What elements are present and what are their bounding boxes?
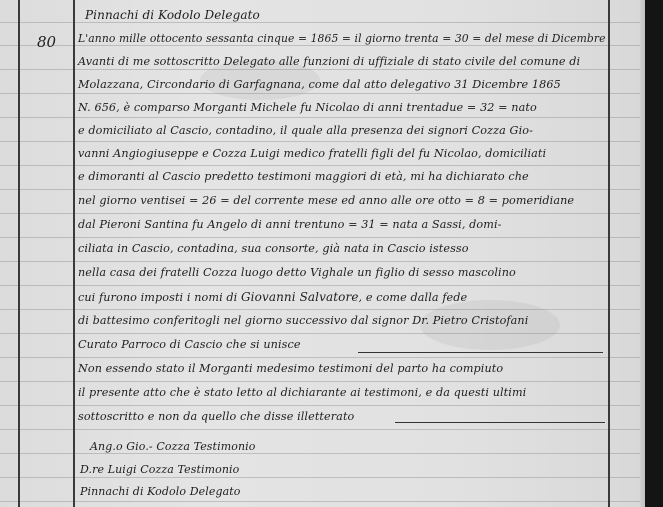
record-line: Curato Parroco di Cascio che si unisce — [78, 338, 301, 351]
header-signature: Pinnachi di Kodolo Delegato — [85, 8, 260, 22]
record-line: sottoscritto e non da quello che disse i… — [78, 410, 354, 423]
record-line: nel giorno ventisei = 26 = del corrente … — [78, 194, 574, 207]
ruled-line — [0, 477, 640, 478]
ruled-line — [0, 285, 640, 286]
ruled-line — [0, 357, 640, 358]
margin-rule-outer — [18, 0, 20, 507]
ruled-line — [0, 45, 640, 46]
ruled-line — [0, 117, 640, 118]
record-line: vanni Angiogiuseppe e Cozza Luigi medico… — [78, 147, 546, 160]
signature-witness-2: D.re Luigi Cozza Testimonio — [80, 463, 239, 476]
margin-rule-inner — [73, 0, 75, 507]
ruled-line — [0, 93, 640, 94]
record-line: N. 656, è comparso Morganti Michele fu N… — [78, 101, 537, 114]
record-line: Non essendo stato il Morganti medesimo t… — [78, 362, 503, 375]
ruled-line — [0, 405, 640, 406]
fill-line — [358, 352, 603, 353]
ruled-line — [0, 22, 640, 23]
record-line-suffix: , e come dalla fede — [359, 291, 468, 304]
ruled-line — [0, 69, 640, 70]
record-line: ciliata in Cascio, contadina, sua consor… — [78, 242, 469, 255]
record-line: il presente atto che è stato letto al di… — [78, 386, 526, 399]
record-line: dal Pieroni Santina fu Angelo di anni tr… — [78, 218, 502, 231]
fill-line — [395, 422, 605, 423]
record-line: nella casa dei fratelli Cozza luogo dett… — [78, 266, 516, 279]
record-line: Molazzana, Circondario di Garfagnana, co… — [78, 78, 561, 91]
record-line-prefix: cui furono imposti i nomi di — [78, 291, 241, 304]
ruled-line — [0, 261, 640, 262]
document-page: Pinnachi di Kodolo Delegato 80 L'anno mi… — [0, 0, 650, 507]
ruled-line — [0, 381, 640, 382]
record-line: di battesimo conferitogli nel giorno suc… — [78, 314, 528, 327]
ruled-line — [0, 165, 640, 166]
signature-witness-1: Ang.o Gio.- Cozza Testimonio — [90, 440, 255, 453]
margin-rule-right — [608, 0, 610, 507]
record-line: L'anno mille ottocento sessanta cinque =… — [78, 32, 606, 45]
scan-background — [645, 0, 663, 507]
ruled-line — [0, 141, 640, 142]
ruled-line — [0, 189, 640, 190]
ruled-line — [0, 237, 640, 238]
record-line: e domiciliato al Cascio, contadino, il q… — [78, 124, 533, 137]
child-name: Giovanni Salvatore — [241, 290, 359, 304]
signature-delegate: Pinnachi di Kodolo Delegato — [80, 485, 241, 498]
ruled-line — [0, 429, 640, 430]
record-line: e dimoranti al Cascio predetto testimoni… — [78, 170, 529, 183]
ruled-line — [0, 213, 640, 214]
record-line: Avanti di me sottoscritto Delegato alle … — [78, 55, 580, 68]
record-number: 80 — [37, 33, 56, 51]
ruled-line — [0, 501, 640, 502]
record-line-names: cui furono imposti i nomi di Giovanni Sa… — [78, 290, 467, 304]
ruled-line — [0, 453, 640, 454]
